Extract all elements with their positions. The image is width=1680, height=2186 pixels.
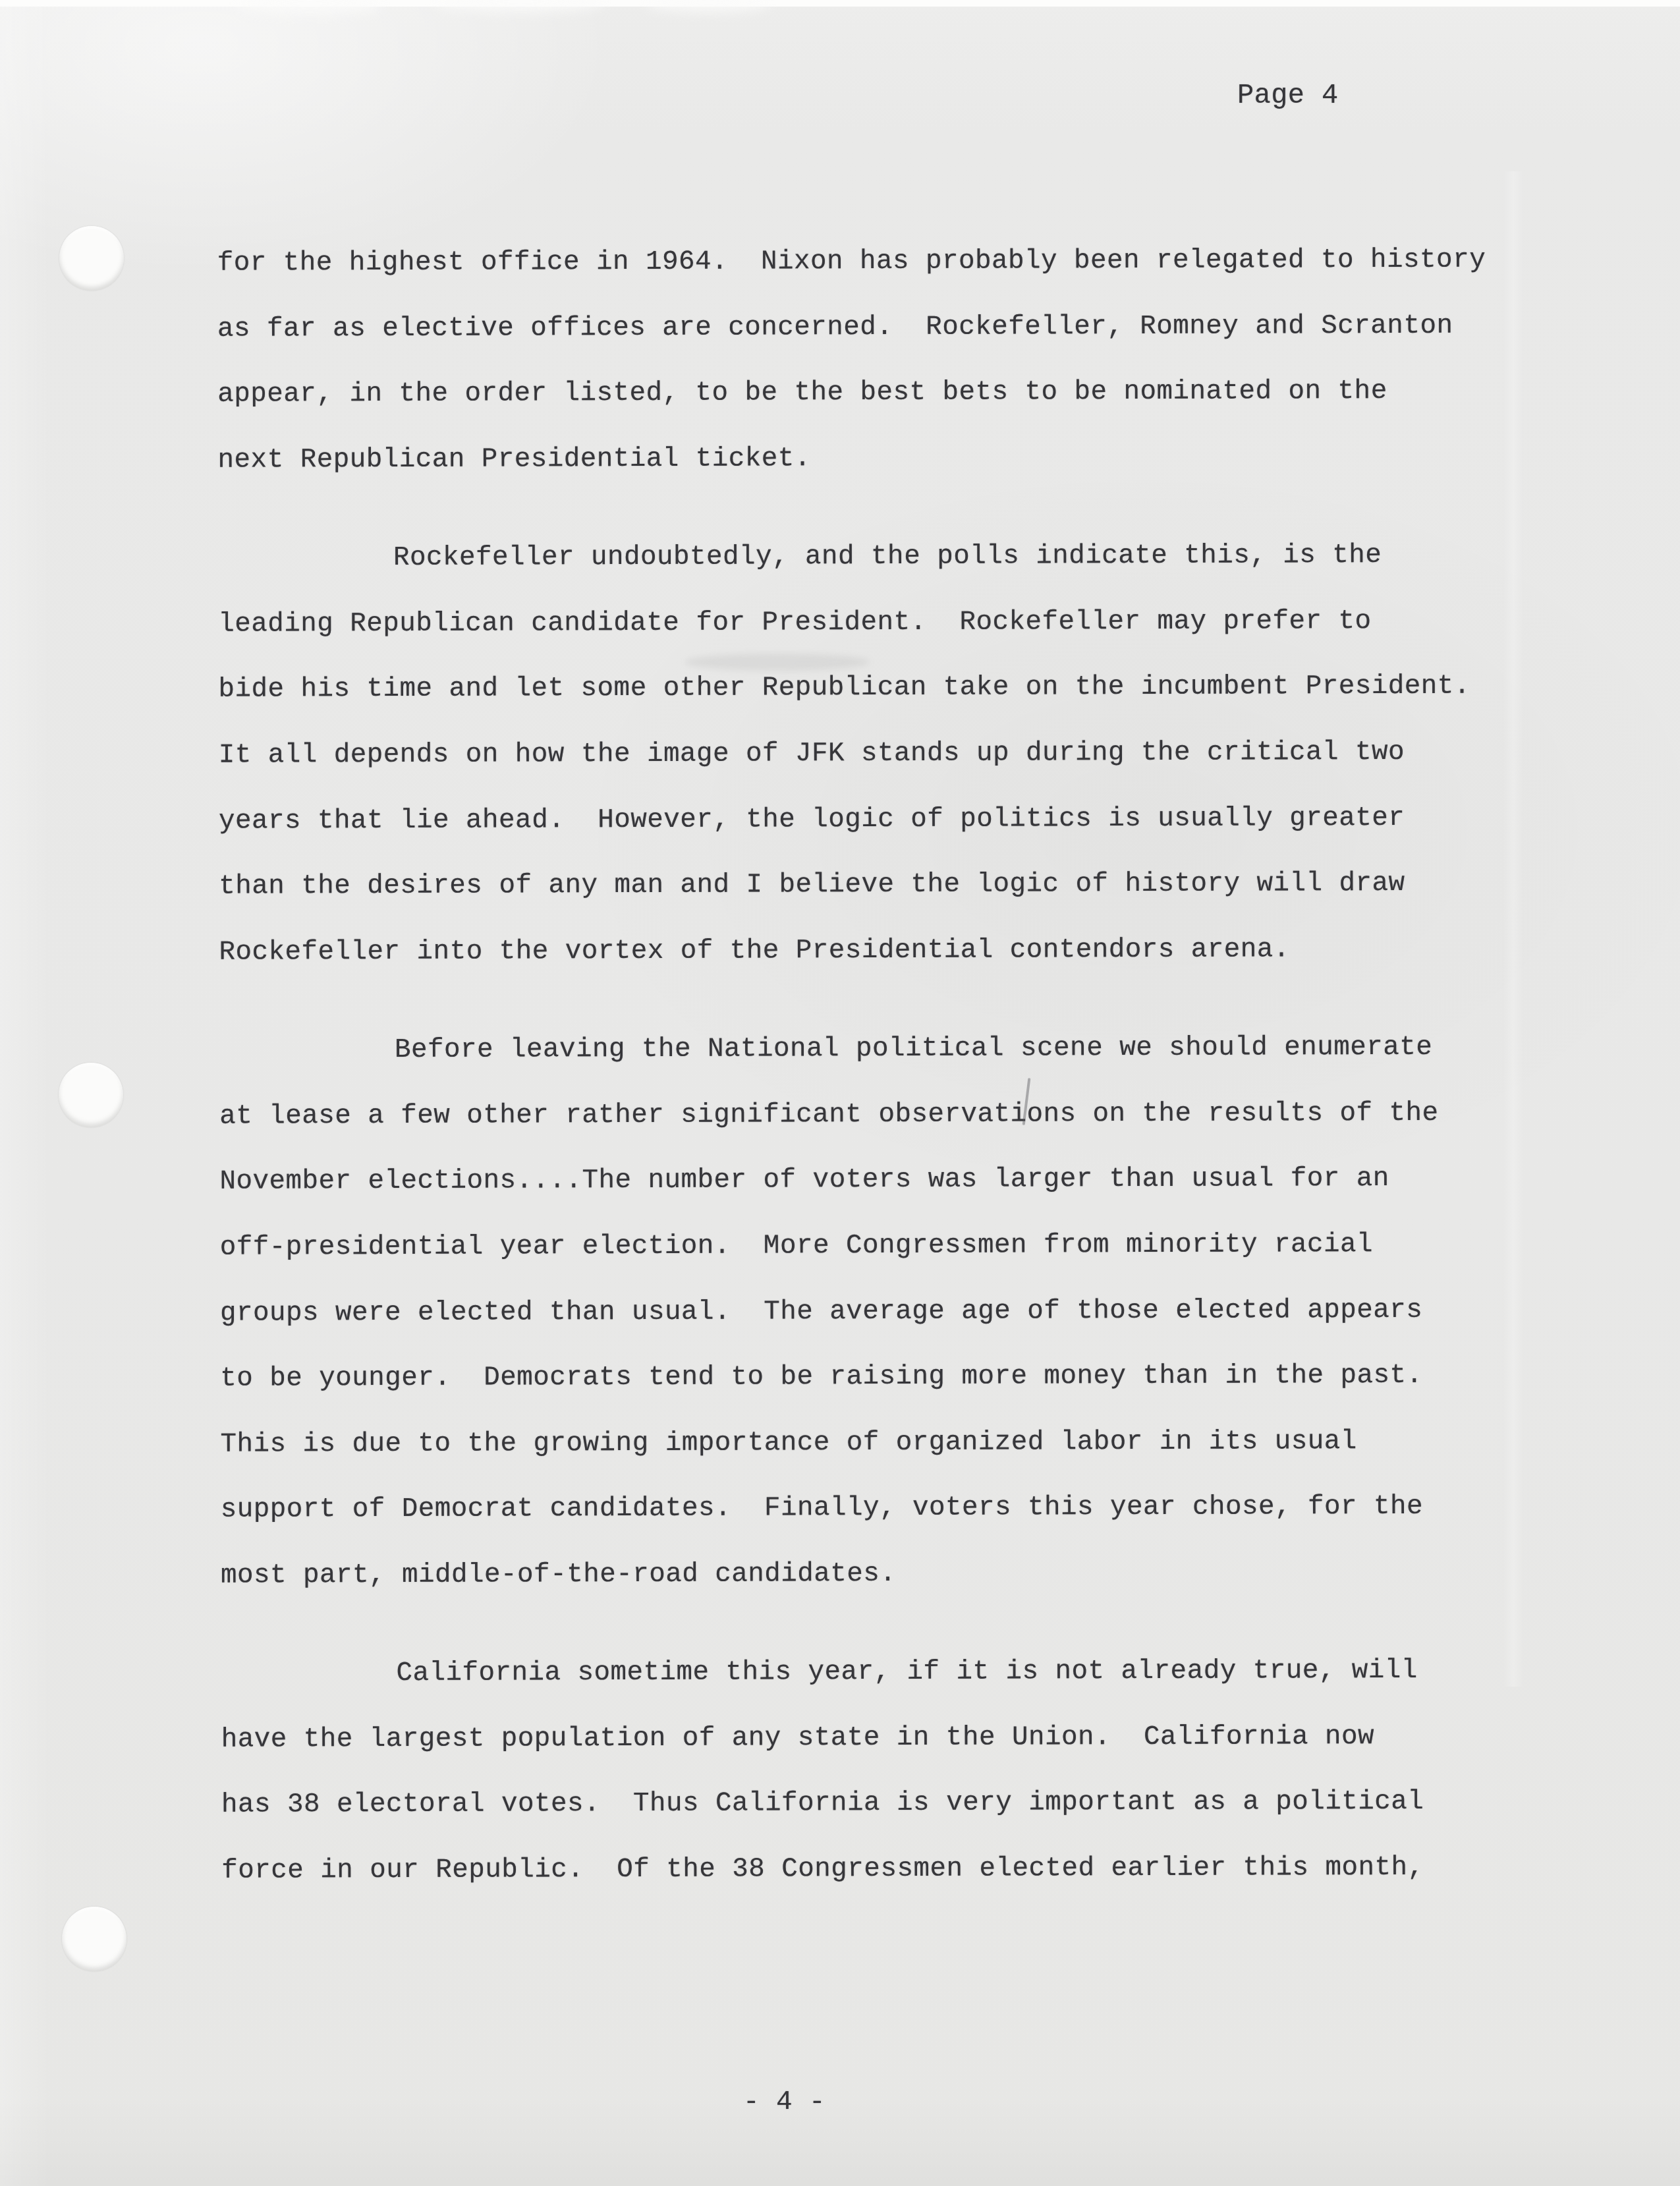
text-line: off-presidential year election. More Con… [220,1212,1557,1281]
text-line: It all depends on how the image of JFK s… [219,719,1556,789]
text-line: for the highest office in 1964. Nixon ha… [217,227,1555,296]
text-line: appear, in the order listed, to be the b… [217,359,1555,428]
text-line: than the desires of any man and I believ… [219,851,1556,920]
text-line: next Republican Presidential ticket. [217,424,1555,493]
text-line: most part, middle-of-the-road candidates… [221,1540,1558,1609]
scan-edge-highlight [237,0,382,14]
text-line: has 38 electoral votes. Thus California … [221,1770,1559,1839]
text-line: at lease a few other rather significant … [219,1080,1557,1150]
page-number-header: Page 4 [1237,80,1339,111]
paragraph: for the highest office in 1964. Nixon ha… [217,227,1555,493]
text-line: November elections....The number of vote… [219,1146,1557,1216]
scanned-document-page: { "document": { "header_page_label": "Pa… [0,0,1680,2186]
scan-edge-highlight [646,0,771,12]
text-line: Before leaving the National political sc… [219,1015,1557,1084]
text-line: to be younger. Democrats tend to be rais… [220,1343,1557,1412]
text-line: This is due to the growing importance of… [220,1409,1557,1478]
text-line: force in our Republic. Of the 38 Congres… [221,1835,1559,1904]
text-line: support of Democrat candidates. Finally,… [221,1474,1558,1544]
text-line: Rockefeller into the vortex of the Presi… [219,916,1556,986]
erasure-smudge [685,654,870,671]
text-line: groups were elected than usual. The aver… [220,1277,1557,1347]
text-line: as far as elective offices are concerned… [217,293,1555,362]
text-line: have the largest population of any state… [221,1704,1559,1773]
typed-text: for the highest office in 1964. Nixon ha… [217,227,1559,1904]
punch-hole [59,1063,123,1127]
page-number-footer: - 4 - [743,2087,826,2117]
paragraph: California sometime this year, if it is … [221,1639,1559,1905]
text-line: bide his time and let some other Republi… [218,654,1555,723]
scan-edge-highlight [435,0,606,12]
text-line: years that lie ahead. However, the logic… [219,785,1556,855]
text-line: Rockefeller undoubtedly, and the polls i… [218,523,1555,592]
text-line: California sometime this year, if it is … [221,1639,1558,1708]
punch-hole [59,226,124,291]
punch-hole [62,1907,126,1971]
paragraph: Rockefeller undoubtedly, and the polls i… [218,523,1557,986]
text-line: leading Republican candidate for Preside… [218,588,1555,658]
paragraph: Before leaving the National political sc… [219,1015,1558,1609]
